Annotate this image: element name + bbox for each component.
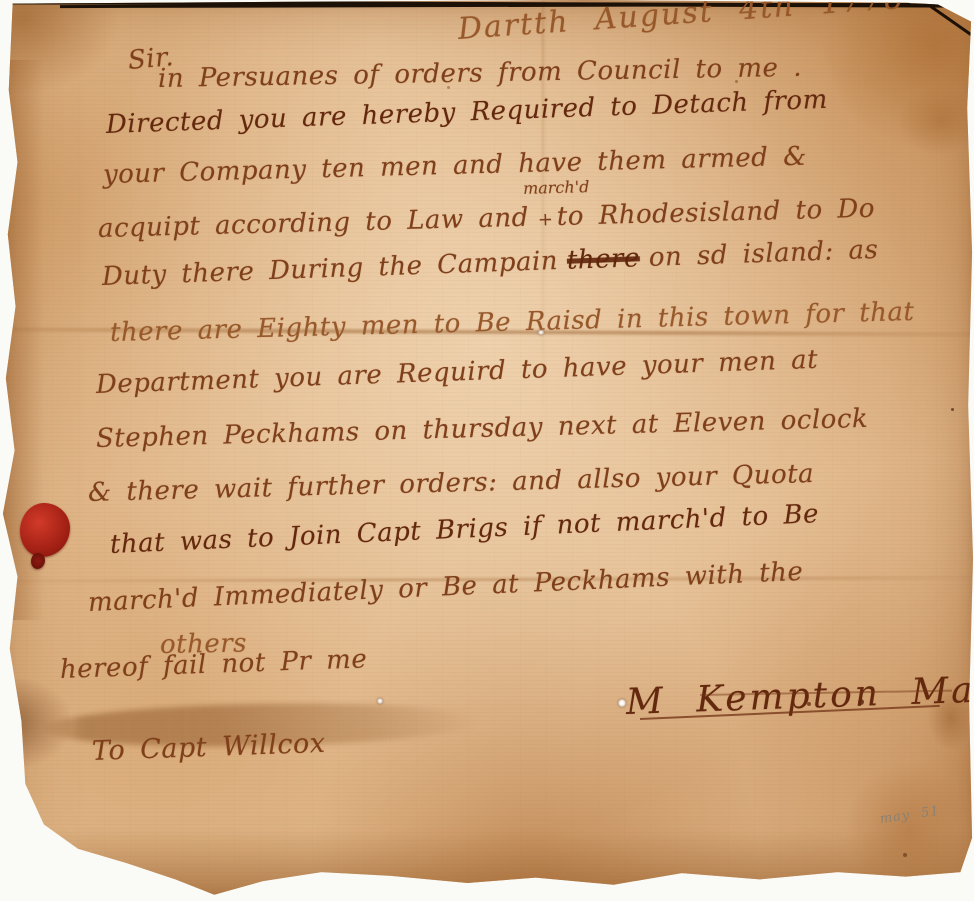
body-line-8: Stephen Peckhams on thursday next at Ele… (96, 404, 869, 454)
line-4-text-pre: acquipt according to Law and (98, 203, 530, 244)
body-line-5: Duty there During the Campainthereon sd … (101, 235, 878, 292)
body-line-2: Directed you are hereby Required to Deta… (105, 85, 828, 140)
worm-hole (618, 699, 626, 707)
body-line-11: march'd Immediately or Be at Peckhams wi… (87, 557, 804, 618)
line-4-text-post: to Rhodesisland to Do (556, 194, 875, 232)
stain (844, 760, 974, 900)
body-line-10: that was to Join Capt Brigs if not march… (109, 499, 819, 560)
struck-word: there (566, 243, 640, 276)
pencil-note: may 51 (879, 804, 941, 827)
wax-seal-drip (31, 553, 45, 569)
line-5-text-post: on sd island: as (648, 235, 879, 273)
stain (898, 86, 974, 156)
paper-sheet: Dartth August 4th 1778 Sir. in Persuanes… (0, 0, 974, 901)
dateline: Dartth August 4th 1778 (457, 0, 906, 47)
wax-seal-remnant (20, 503, 70, 557)
closing-line: hereof fail not Pr me (59, 644, 367, 685)
stain (0, 0, 120, 95)
body-line-3: your Company ten men and have them armed… (103, 142, 808, 190)
body-line-9: & there wait further orders: and allso y… (88, 459, 815, 508)
worm-hole (377, 698, 383, 704)
ink-speck (951, 408, 954, 411)
stain (0, 678, 70, 768)
signature: M Kempton Majr (625, 669, 974, 723)
insertion-anchor: +march'd (537, 202, 548, 232)
addressee-line: To Capt Willcox (91, 728, 325, 767)
letter-scan: Dartth August 4th 1778 Sir. in Persuanes… (0, 0, 974, 901)
inserted-word: march'd (523, 177, 590, 198)
torn-corner-edge (927, 3, 973, 36)
stain (0, 829, 974, 901)
body-line-1: in Persuanes of orders from Council to m… (158, 53, 802, 94)
body-line-7: Department you are Requird to have your … (95, 345, 818, 400)
line-5-text-pre: Duty there During the Campain (101, 246, 558, 292)
caret-mark: + (538, 209, 554, 230)
ink-speck (903, 853, 907, 857)
body-line-4: acquipt according to Law and+march'dto R… (98, 194, 876, 244)
body-line-6: there are Eighty men to Be Raisd in this… (110, 297, 915, 348)
